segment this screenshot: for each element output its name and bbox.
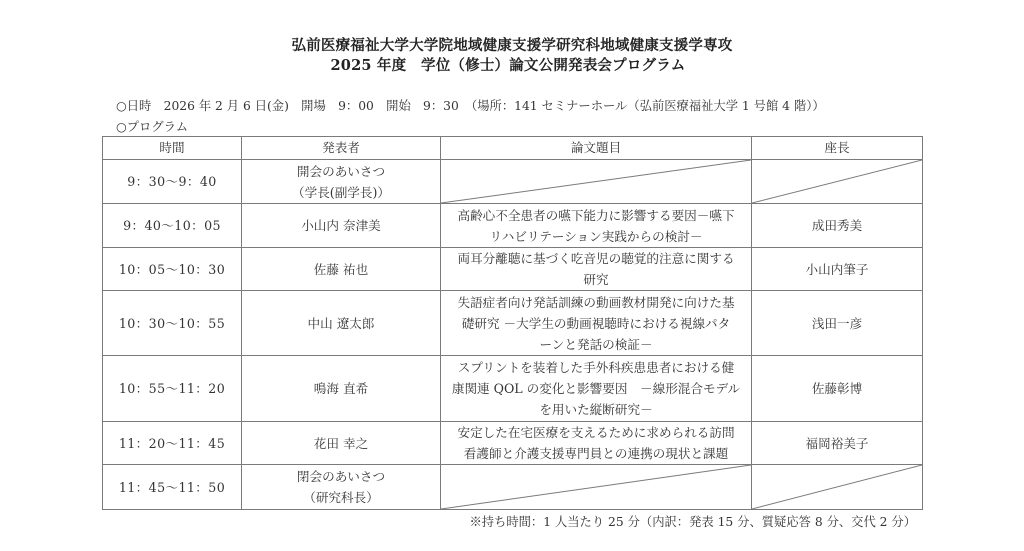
presenter-name: 鳴海 直希	[242, 378, 440, 399]
event-datetime-location: ○日時 2026 年 2 月 6 日(金) 開場 9：00 開始 9：30 （場…	[116, 96, 825, 114]
header-thesis-title: 論文題目	[441, 137, 752, 160]
time-cell: 9：40〜10：05	[103, 204, 242, 248]
title-cell: 安定した在宅医療を支えるために求められる訪問 看護師と介護支援専門員との連携の現…	[441, 422, 752, 465]
time-cell: 11：45〜11：50	[103, 465, 242, 510]
title-cell-empty	[441, 160, 752, 204]
presenter-cell: 佐藤 祐也	[242, 248, 441, 291]
chair-cell-empty	[752, 160, 923, 204]
diagonal-slash	[441, 465, 751, 509]
title-line: 安定した在宅医療を支えるために求められる訪問	[441, 422, 751, 443]
table-row: 10：55〜11：20 鳴海 直希 スプリントを装着した手外科疾患患者における健…	[103, 356, 923, 422]
presenter-cell: 開会のあいさつ （学長(副学長)）	[242, 160, 441, 204]
time-cell: 10：55〜11：20	[103, 356, 242, 422]
presenter-name: 小山内 奈津美	[242, 215, 440, 236]
table-row: 10：30〜10：55 中山 遼太郎 失語症者向け発話訓練の動画教材開発に向けた…	[103, 291, 923, 356]
presenter-line: 開会のあいさつ	[242, 161, 440, 182]
presenter-cell: 鳴海 直希	[242, 356, 441, 422]
title-line: 礎研究 －大学生の動画視聴時における視線パタ	[441, 313, 751, 334]
title-line: スプリントを装着した手外科疾患患者における健	[441, 357, 751, 378]
table-row: 9：40〜10：05 小山内 奈津美 高齢心不全患者の嚥下能力に影響する要因－嚥…	[103, 204, 923, 248]
header-time: 時間	[103, 137, 242, 160]
title-line: 康関連 QOL の変化と影響要因 －線形混合モデル	[441, 378, 751, 399]
title-line: リハビリテーション実践からの検討－	[441, 226, 751, 247]
title-line: 両耳分離聴に基づく吃音児の聴覚的注意に関する	[441, 248, 751, 269]
presenter-name: 中山 遼太郎	[242, 313, 440, 334]
title-cell: 両耳分離聴に基づく吃音児の聴覚的注意に関する 研究	[441, 248, 752, 291]
header-chair: 座長	[752, 137, 923, 160]
title-line: 看護師と介護支援専門員との連携の現状と課題	[441, 443, 751, 464]
document-title: 弘前医療福祉大学大学院地域健康支援学研究科地域健康支援学専攻	[0, 34, 1024, 55]
presenter-cell: 閉会のあいさつ （研究科長）	[242, 465, 441, 510]
diagonal-slash	[752, 465, 922, 509]
program-table: 時間 発表者 論文題目 座長 9：30〜9：40 開会のあいさつ （学長(副学長…	[102, 136, 923, 510]
title-line: 高齢心不全患者の嚥下能力に影響する要因－嚥下	[441, 205, 751, 226]
header-presenter: 発表者	[242, 137, 441, 160]
time-cell: 9：30〜9：40	[103, 160, 242, 204]
presenter-line: （研究科長）	[242, 487, 440, 508]
presenter-name: 佐藤 祐也	[242, 259, 440, 280]
presenter-cell: 花田 幸之	[242, 422, 441, 465]
title-line: 研究	[441, 269, 751, 290]
time-cell: 11：20〜11：45	[103, 422, 242, 465]
table-row: 11：45〜11：50 閉会のあいさつ （研究科長）	[103, 465, 923, 510]
presenter-cell: 小山内 奈津美	[242, 204, 441, 248]
title-line: ーンと発話の検証－	[441, 334, 751, 355]
chair-cell: 成田秀美	[752, 204, 923, 248]
title-cell: スプリントを装着した手外科疾患患者における健 康関連 QOL の変化と影響要因 …	[441, 356, 752, 422]
title-cell-empty	[441, 465, 752, 510]
presenter-cell: 中山 遼太郎	[242, 291, 441, 356]
time-cell: 10：30〜10：55	[103, 291, 242, 356]
diagonal-slash	[752, 160, 922, 203]
title-cell: 高齢心不全患者の嚥下能力に影響する要因－嚥下 リハビリテーション実践からの検討－	[441, 204, 752, 248]
program-label: ○プログラム	[116, 117, 188, 135]
title-line: 失語症者向け発話訓練の動画教材開発に向けた基	[441, 292, 751, 313]
table-header-row: 時間 発表者 論文題目 座長	[103, 137, 923, 160]
chair-cell: 浅田一彦	[752, 291, 923, 356]
chair-cell: 福岡裕美子	[752, 422, 923, 465]
document-subtitle: 2025 年度 学位（修士）論文公開発表会プログラム	[0, 54, 1020, 75]
table-row: 9：30〜9：40 開会のあいさつ （学長(副学長)）	[103, 160, 923, 204]
diagonal-slash	[441, 160, 751, 203]
presenter-line: 閉会のあいさつ	[242, 466, 440, 487]
chair-cell: 佐藤彰博	[752, 356, 923, 422]
presenter-line: （学長(副学長)）	[242, 182, 440, 203]
table-row: 10：05〜10：30 佐藤 祐也 両耳分離聴に基づく吃音児の聴覚的注意に関する…	[103, 248, 923, 291]
time-cell: 10：05〜10：30	[103, 248, 242, 291]
table-row: 11：20〜11：45 花田 幸之 安定した在宅医療を支えるために求められる訪問…	[103, 422, 923, 465]
time-allocation-note: ※持ち時間：1 人当たり 25 分（内訳：発表 15 分、質疑応答 8 分、交代…	[469, 512, 916, 530]
presenter-name: 花田 幸之	[242, 433, 440, 454]
chair-cell-empty	[752, 465, 923, 510]
title-cell: 失語症者向け発話訓練の動画教材開発に向けた基 礎研究 －大学生の動画視聴時におけ…	[441, 291, 752, 356]
title-line: を用いた縦断研究－	[441, 399, 751, 420]
chair-cell: 小山内筆子	[752, 248, 923, 291]
